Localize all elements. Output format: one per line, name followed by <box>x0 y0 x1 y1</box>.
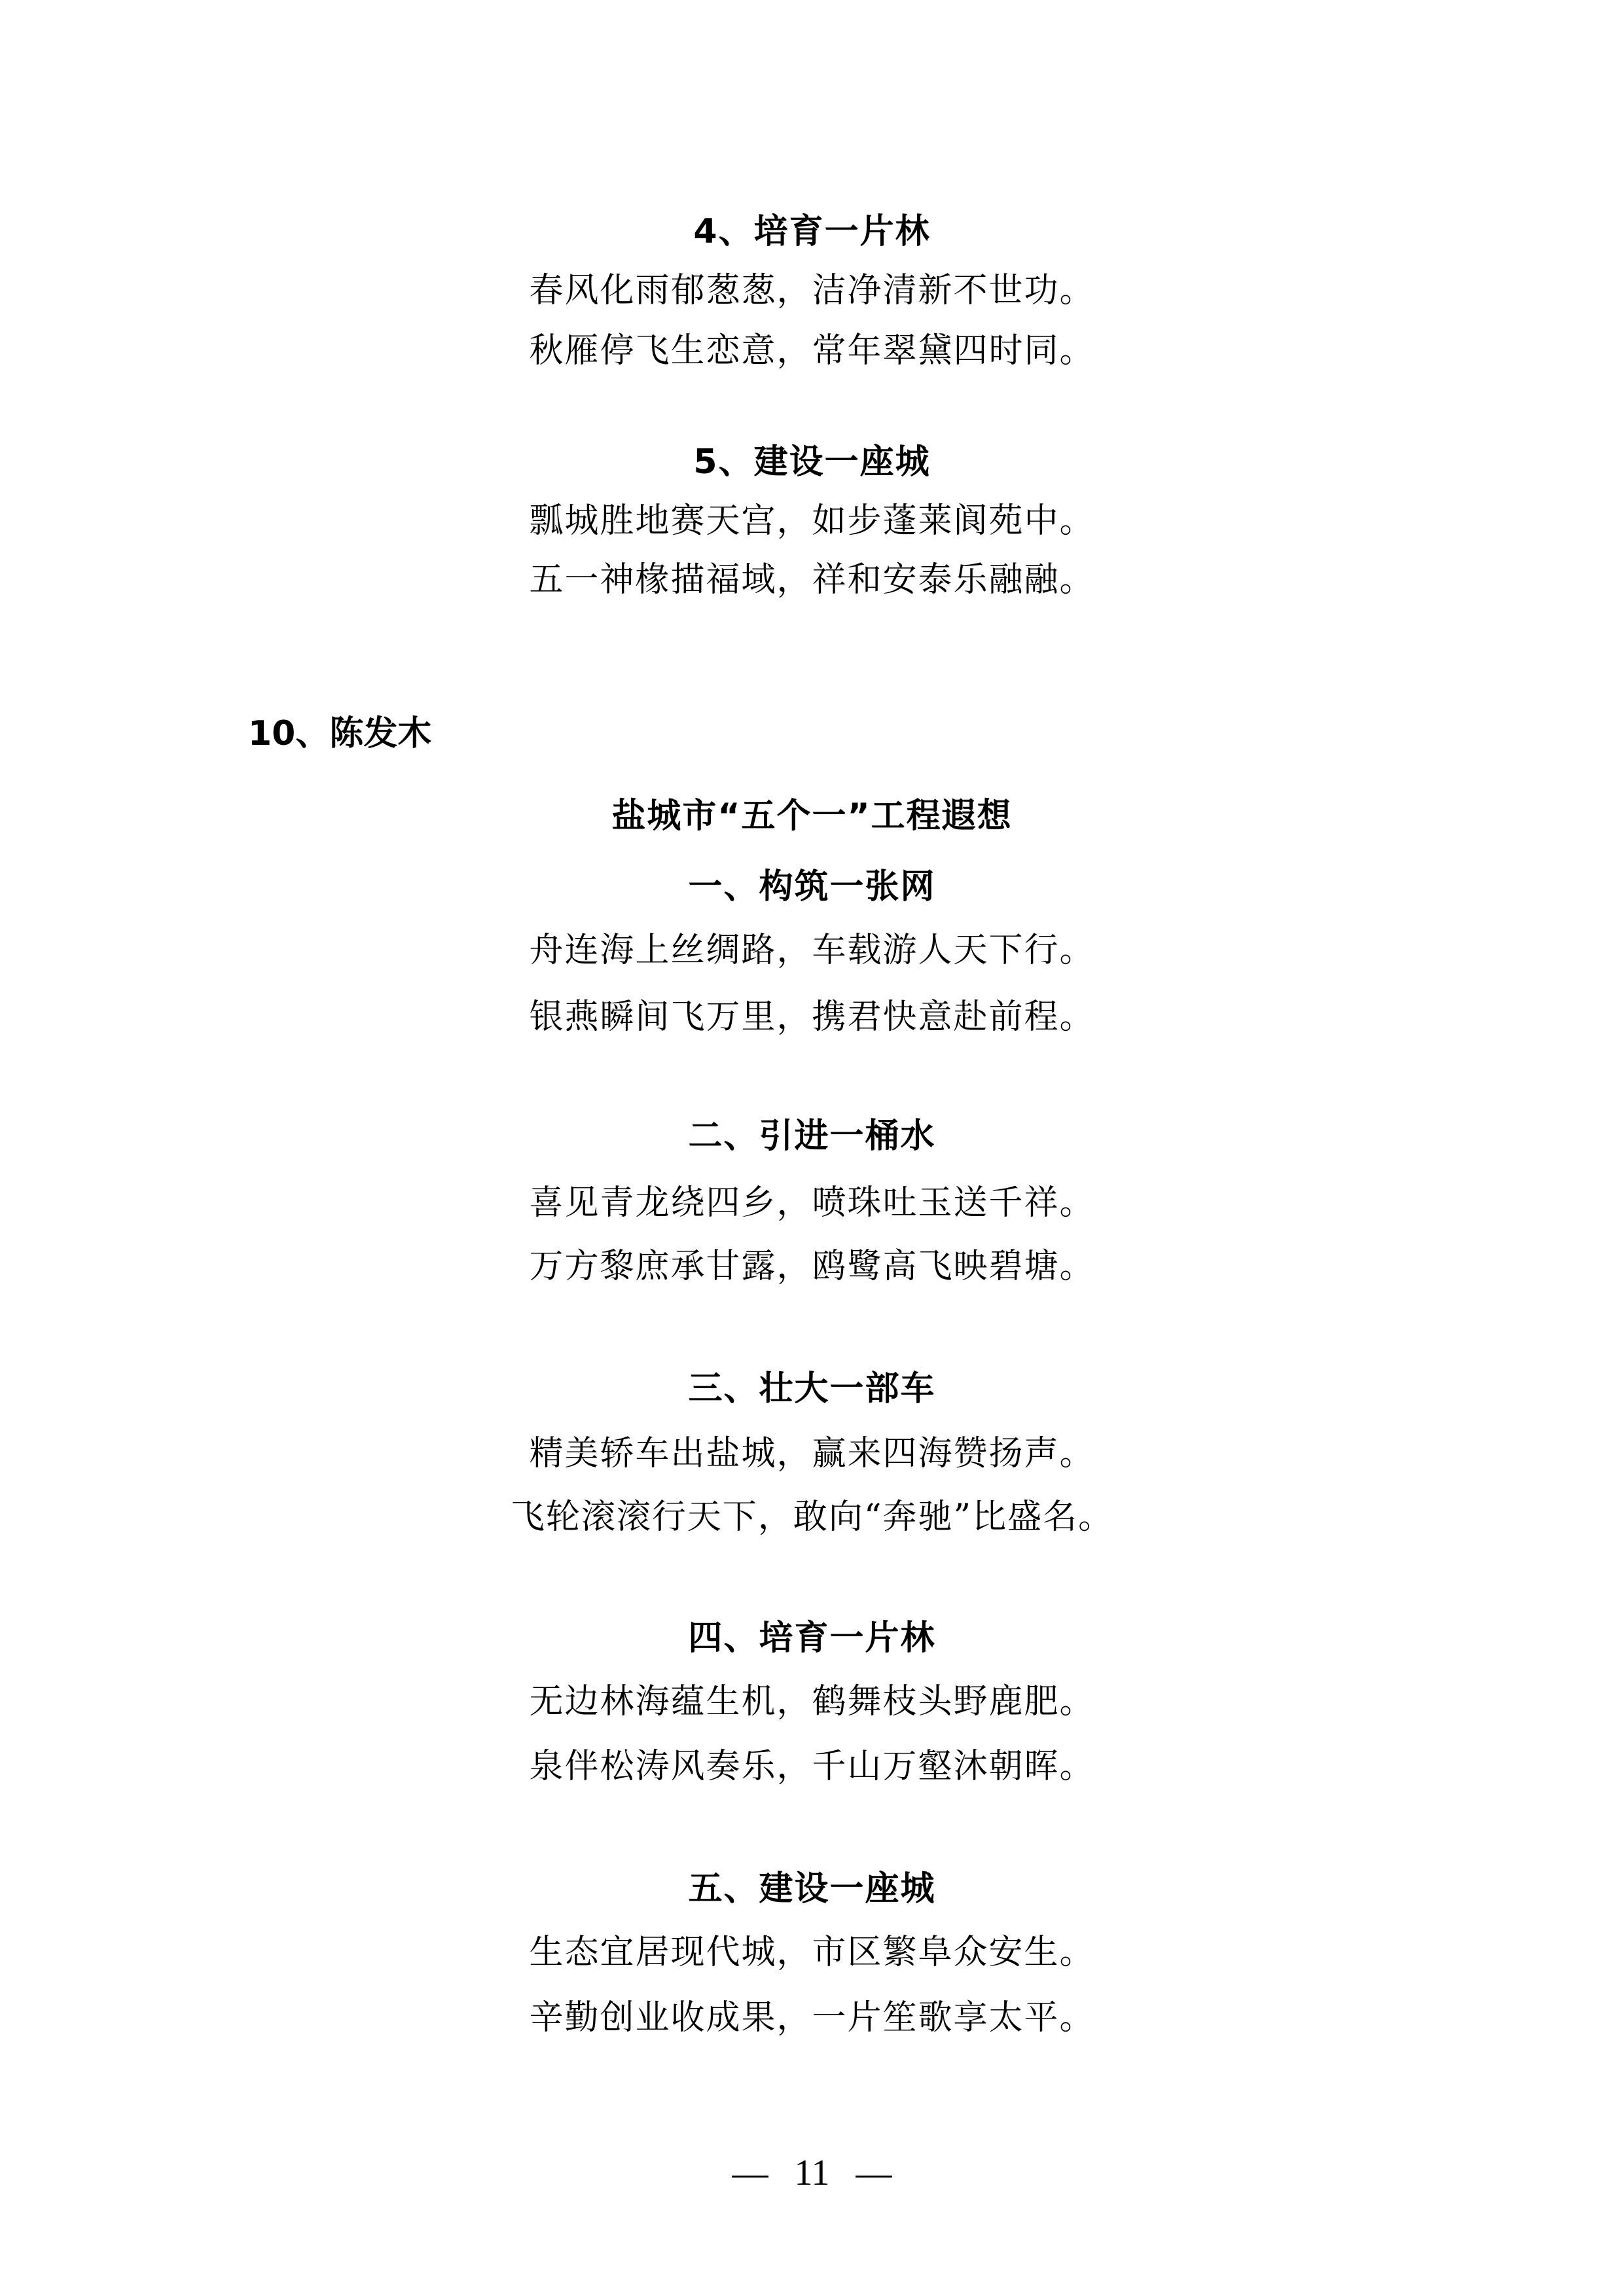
dash-decoration <box>732 2176 768 2178</box>
poem-line: 五一神椽描福域，祥和安泰乐融融。 <box>0 560 1624 600</box>
poem-title: 5、建设一座城 <box>0 442 1624 482</box>
dash-decoration <box>856 2176 892 2178</box>
poem-line: 飞轮滚滚行天下，敢向“奔驰”比盛名。 <box>0 1498 1624 1537</box>
poem-title: 五、建设一座城 <box>0 1869 1624 1909</box>
poem-title: 三、壮大一部车 <box>0 1369 1624 1408</box>
page-number-footer: 11 <box>0 2153 1624 2193</box>
work-title: 盐城市“五个一”工程遐想 <box>0 797 1624 836</box>
poem-line: 舟连海上丝绸路，车载游人天下行。 <box>0 931 1624 970</box>
poem-line: 春风化雨郁葱葱，洁净清新不世功。 <box>0 271 1624 310</box>
page-number: 11 <box>795 2153 830 2193</box>
poem-title: 四、培育一片林 <box>0 1619 1624 1658</box>
poem-title: 一、构筑一张网 <box>0 867 1624 906</box>
poem-line: 万方黎庶承甘露，鸥鹭高飞映碧塘。 <box>0 1247 1624 1286</box>
poem-line: 无边林海蕴生机，鹤舞枝头野鹿肥。 <box>0 1682 1624 1721</box>
poem-line: 精美轿车出盐城，赢来四海赞扬声。 <box>0 1434 1624 1473</box>
poem-line: 瓢城胜地赛天宫，如步蓬莱阆苑中。 <box>0 501 1624 541</box>
poem-line: 银燕瞬间飞万里，携君快意赴前程。 <box>0 997 1624 1037</box>
poem-line: 喜见青龙绕四乡，喷珠吐玉送千祥。 <box>0 1183 1624 1223</box>
poem-line: 生态宜居现代城，市区繁阜众安生。 <box>0 1933 1624 1972</box>
poem-line: 辛勤创业收成果，一片笙歌享太平。 <box>0 1998 1624 2037</box>
poem-line: 泉伴松涛风奏乐，千山万壑沐朝晖。 <box>0 1747 1624 1786</box>
poem-line: 秋雁停飞生恋意，常年翠黛四时同。 <box>0 331 1624 370</box>
poem-title: 4、培育一片林 <box>0 212 1624 251</box>
poem-title: 二、引进一桶水 <box>0 1117 1624 1156</box>
author-label: 10、陈发木 <box>248 714 431 753</box>
